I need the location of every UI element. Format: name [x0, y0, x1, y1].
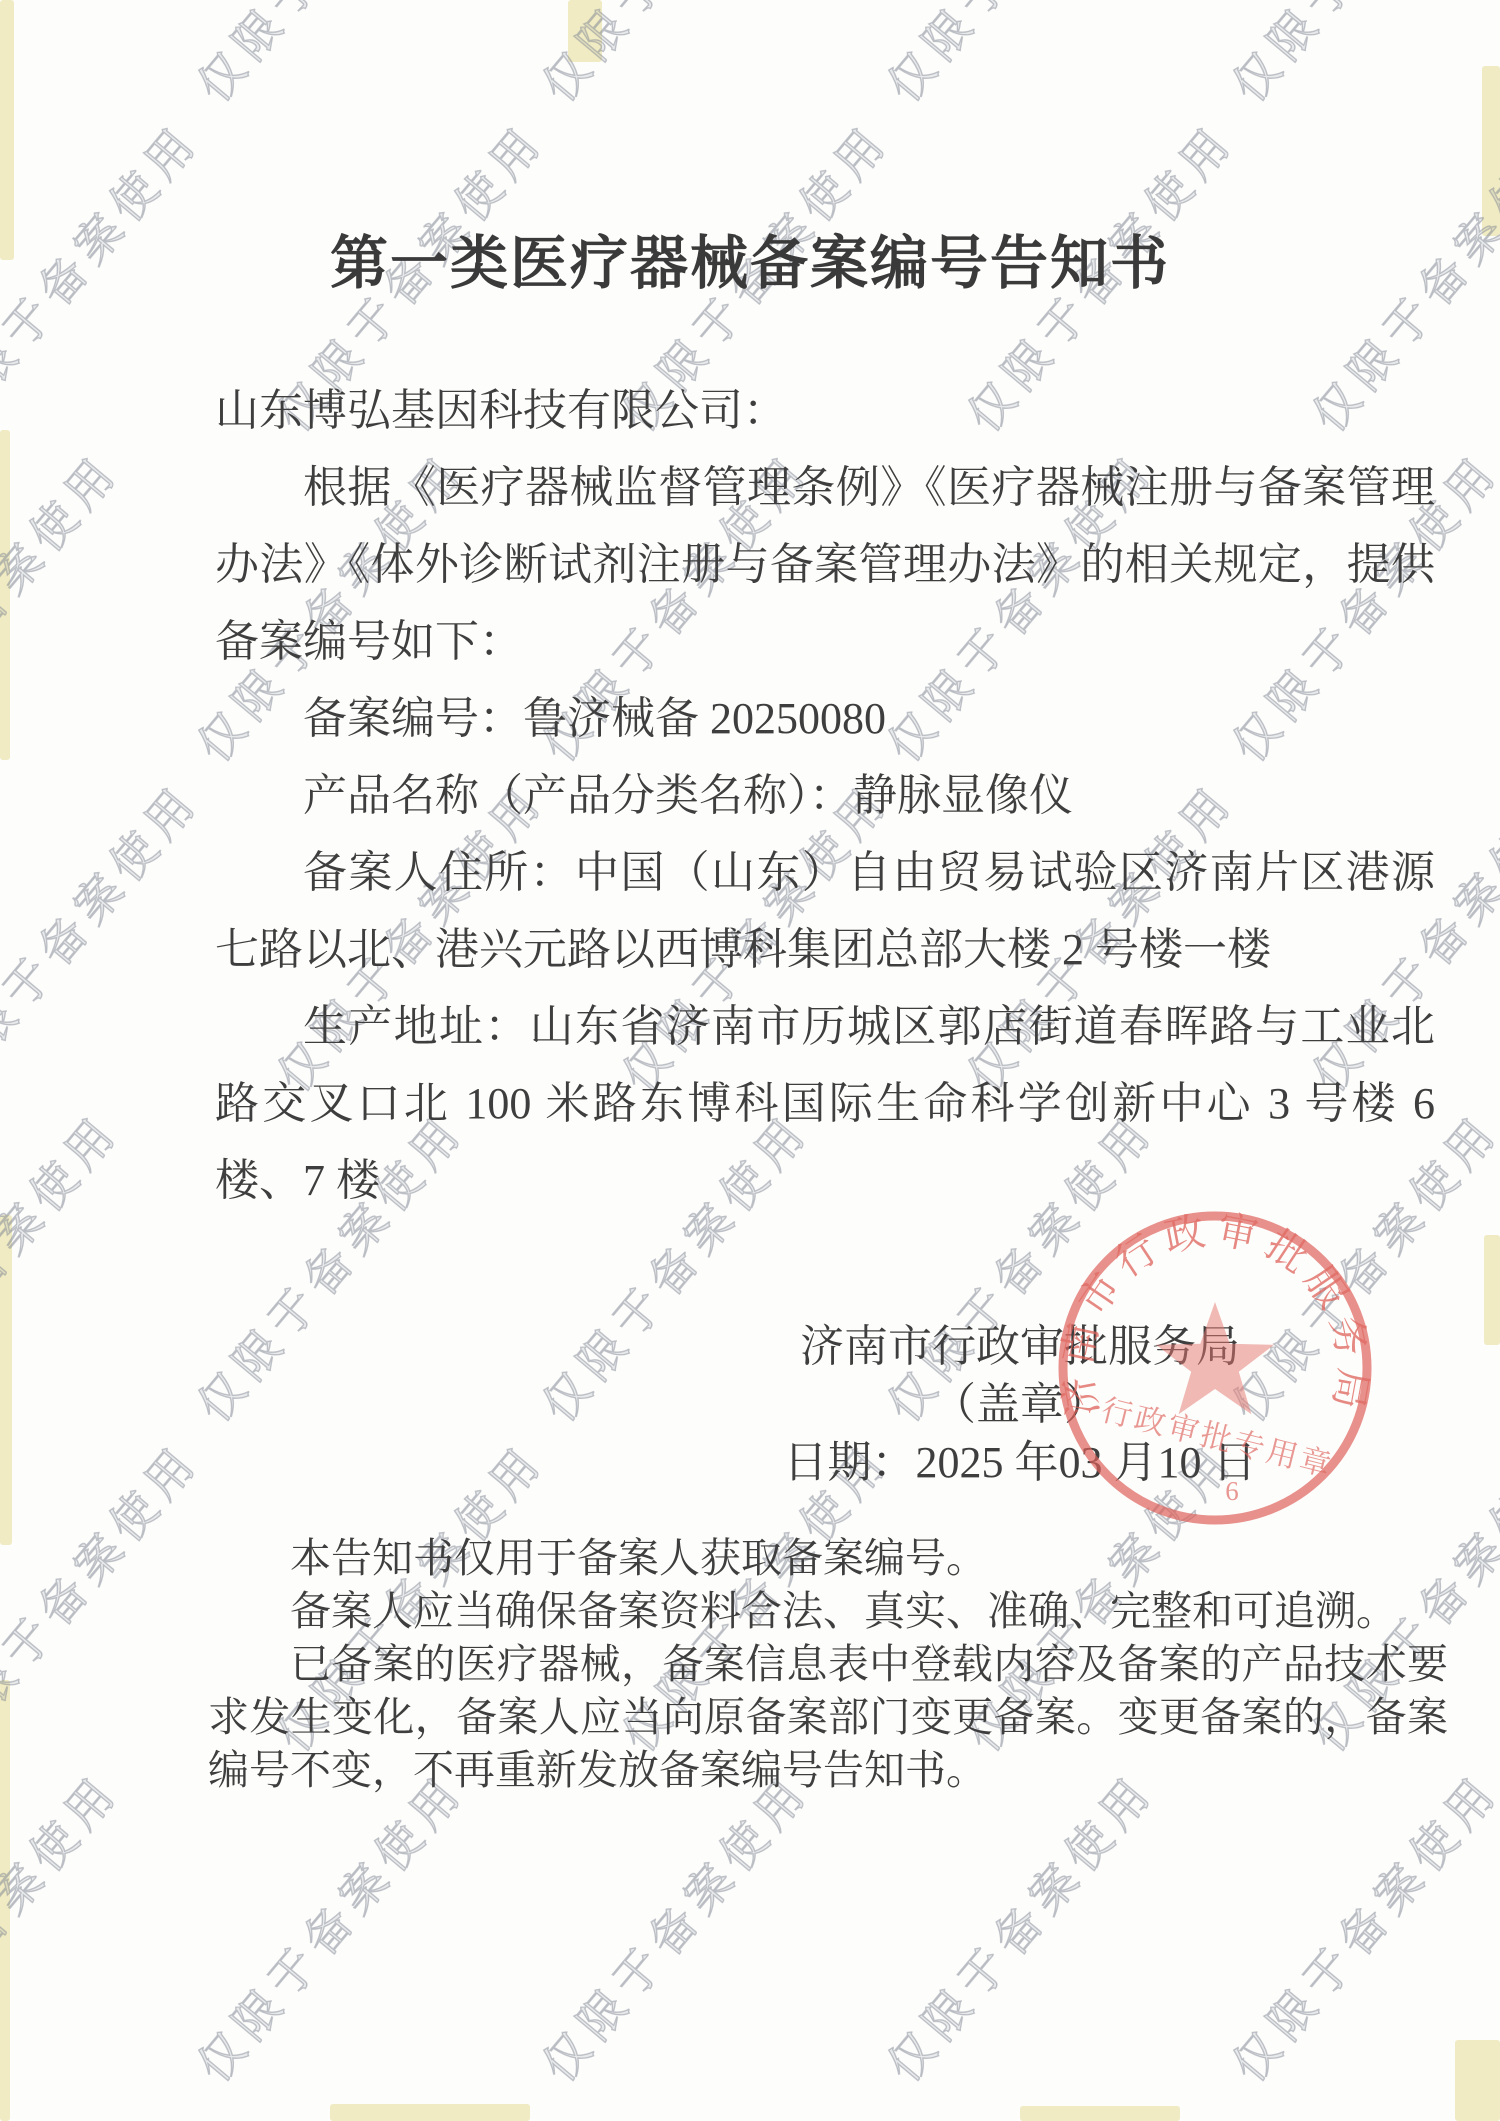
- document-body: 山东博弘基因科技有限公司： 根据《医疗器械监督管理条例》《医疗器械注册与备案管理…: [215, 372, 1435, 1219]
- product-name-line: 产品名称（产品分类名称）：静脉显像仪: [215, 757, 1435, 834]
- document-title: 第一类医疗器械备案编号告知书: [0, 216, 1500, 300]
- production-address-line: 生产地址：山东省济南市历城区郭店街道春晖路与工业北路交叉口北 100 米路东博科…: [215, 988, 1435, 1219]
- document-page: 仅限于备案使用仅限于备案使用仅限于备案使用仅限于备案使用仅限于备案使用仅限于备案…: [0, 0, 1500, 2121]
- issue-date: 日期：2025 年03 月10 日: [770, 1434, 1270, 1492]
- note-line: 已备案的医疗器械，备案信息表中登载内容及备案的产品技术要求发生变化，备案人应当向…: [208, 1638, 1448, 1797]
- note-line: 备案人应当确保备案资料合法、真实、准确、完整和可追溯。: [208, 1585, 1448, 1638]
- intro-paragraph: 根据《医疗器械监督管理条例》《医疗器械注册与备案管理办法》《体外诊断试剂注册与备…: [215, 449, 1435, 680]
- registrant-address-line: 备案人住所：中国（山东）自由贸易试验区济南片区港源七路以北、港兴元路以西博科集团…: [215, 834, 1435, 988]
- filing-number-line: 备案编号：鲁济械备 20250080: [215, 680, 1435, 757]
- seal-note: （盖章）: [770, 1376, 1270, 1434]
- signature-block: 济南市行政审批服务局 （盖章） 日期：2025 年03 月10 日: [770, 1318, 1270, 1492]
- salutation-line: 山东博弘基因科技有限公司：: [215, 372, 1435, 449]
- document-content: 第一类医疗器械备案编号告知书 山东博弘基因科技有限公司： 根据《医疗器械监督管理…: [0, 0, 1500, 2121]
- issuing-agency: 济南市行政审批服务局: [770, 1318, 1270, 1376]
- note-line: 本告知书仅用于备案人获取备案编号。: [208, 1532, 1448, 1585]
- notes-block: 本告知书仅用于备案人获取备案编号。 备案人应当确保备案资料合法、真实、准确、完整…: [208, 1532, 1448, 1797]
